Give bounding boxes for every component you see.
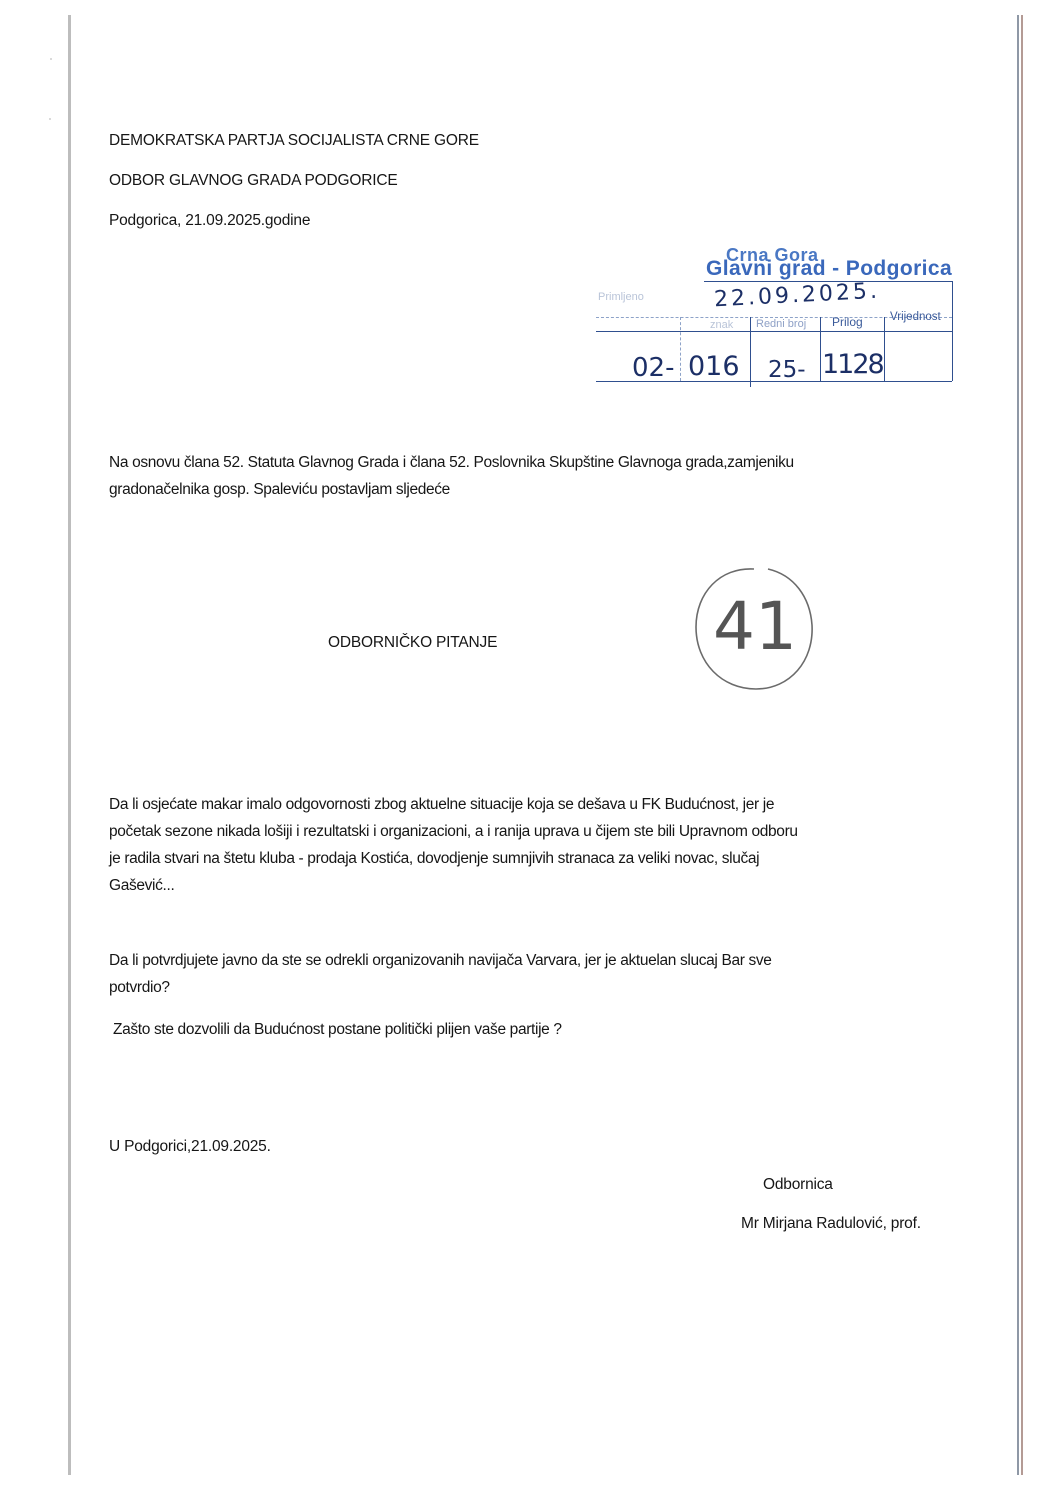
question-line: Da li potvrdjujete javno da ste se odrek… [109, 947, 989, 974]
party-name: DEMOKRATSKA PARTJA SOCIJALISTA CRNE GORE [109, 130, 479, 152]
stamp-col-value: Vrijednost [890, 311, 941, 323]
document-title: ODBORNIČKO PITANJE [328, 632, 497, 654]
scan-speck [49, 118, 51, 120]
stamp-authority: Glavni grad - Podgorica [706, 257, 952, 281]
stamp-label-received: Primljeno [598, 291, 644, 303]
stamp-right-rule [952, 281, 953, 381]
circled-number-mark: 41 [690, 563, 820, 693]
question-line: potvrdio? [109, 974, 989, 1001]
question-line: je radila stvari na štetu kluba - prodaj… [109, 845, 989, 872]
scan-speck [50, 58, 52, 60]
committee-name: ODBOR GLAVNOG GRADA PODGORICE [109, 170, 397, 192]
scan-edge-right-inner [1021, 15, 1023, 1475]
signatory-role: Odbornica [763, 1174, 833, 1196]
question-2: Da li potvrdjujete javno da ste se odrek… [109, 947, 989, 1001]
stamp-col-rule [750, 317, 751, 387]
stamp-class-code: 016 [688, 351, 740, 382]
intro-line: Na osnovu člana 52. Statuta Glavnog Grad… [109, 449, 989, 476]
question-line: Da li osjećate makar imalo odgovornosti … [109, 791, 989, 818]
stamp-header-rule [596, 331, 952, 332]
question-line: Zašto ste dozvolili da Budućnost postane… [113, 1016, 993, 1043]
signatory-name: Mr Mirjana Radulović, prof. [741, 1213, 921, 1235]
header-place-date: Podgorica, 21.09.2025.godine [109, 210, 310, 232]
stamp-serial-number: 1128 [822, 349, 883, 380]
question-line: početak sezone nikada lošiji i rezultats… [109, 818, 989, 845]
intro-paragraph: Na osnovu člana 52. Statuta Glavnog Grad… [109, 449, 989, 503]
stamp-col-rule [820, 317, 821, 381]
stamp-col-rule [884, 317, 885, 381]
scan-edge-left [68, 15, 71, 1475]
question-1: Da li osjećate makar imalo odgovornosti … [109, 791, 989, 899]
stamp-serial-prefix: 25- [768, 357, 806, 383]
question-line: Gašević... [109, 872, 989, 899]
stamp-received-date: 22.09.2025. [713, 279, 880, 313]
circled-number: 41 [713, 588, 797, 665]
stamp-col-serial: Redni broj [756, 318, 806, 330]
intro-line: gradonačelnika gosp. Spaleviću postavlja… [109, 476, 989, 503]
registry-stamp: Crna Gora Glavni grad - Podgorica Primlj… [596, 245, 961, 395]
stamp-col-attachment: Prilog [832, 315, 863, 329]
stamp-col-class-code: znak [710, 319, 733, 331]
stamp-org-unit: 02- [632, 353, 674, 383]
scan-edge-right [1017, 15, 1019, 1475]
question-3: Zašto ste dozvolili da Budućnost postane… [113, 1016, 993, 1043]
stamp-col-rule [680, 317, 681, 381]
footer-place-date: U Podgorici,21.09.2025. [109, 1136, 271, 1158]
